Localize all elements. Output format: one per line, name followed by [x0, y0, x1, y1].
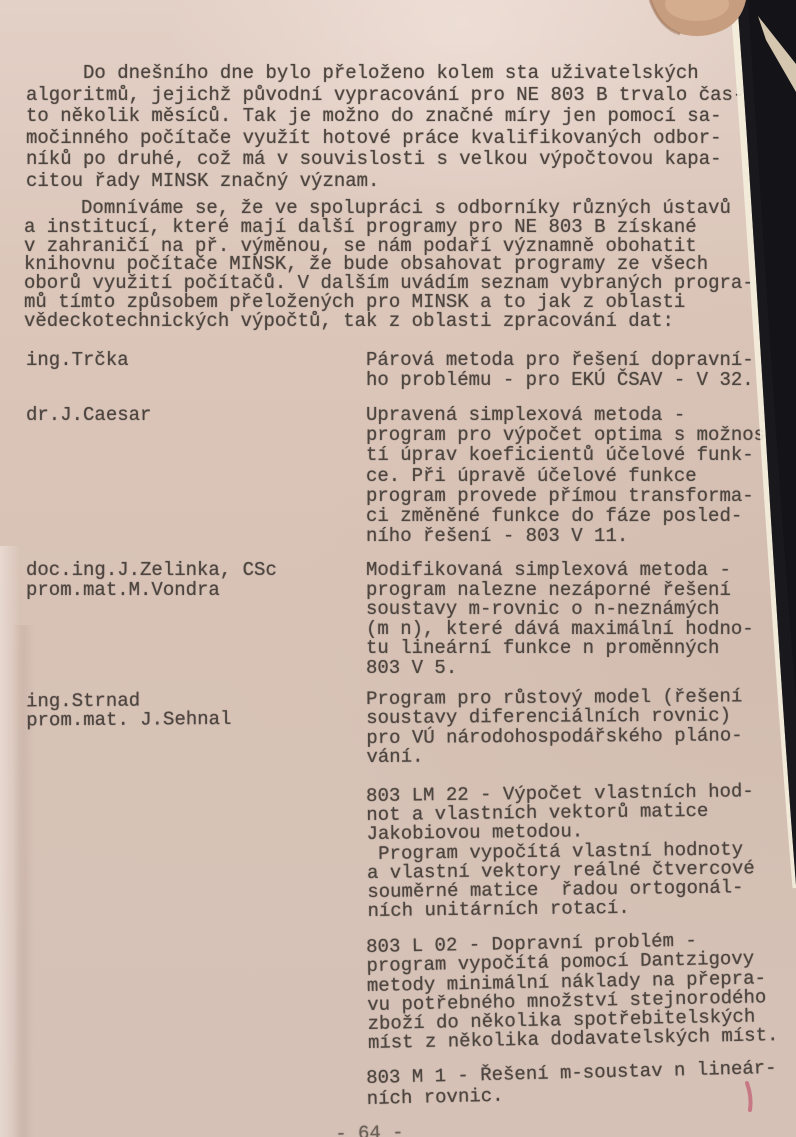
description-column: Párová metoda pro řešení dopravní- ho pr… — [366, 350, 754, 390]
description-column: 803 LM 22 - Výpočet vlastních hod- not a… — [366, 782, 755, 921]
description-column: Modifikovaná simplexová metoda - program… — [366, 561, 754, 679]
author-column: doc.ing.J.Zelinka, CSc prom.mat.M.Vondra — [26, 561, 277, 600]
page-number: - 64 - — [335, 1123, 404, 1137]
author-column: ing.Trčka — [26, 350, 129, 370]
paragraph-intro: Do dnešního dne bylo přeloženo kolem sta… — [26, 63, 744, 192]
description-column: 803 L 02 - Dopravní problém - program vy… — [366, 930, 779, 1054]
description-column: Upravená simplexová metoda - program pro… — [366, 405, 765, 546]
author-column: dr.J.Caesar — [26, 405, 151, 425]
description-column: Program pro růstový model (řešení sousta… — [366, 687, 743, 767]
author-column: ing.Strnad prom.mat. J.Sehnal — [26, 691, 232, 731]
photographed-document-page: Do dnešního dne bylo přeloženo kolem sta… — [0, 0, 796, 1137]
paragraph-library: Domníváme se, že ve spolupráci s odborní… — [24, 199, 754, 331]
